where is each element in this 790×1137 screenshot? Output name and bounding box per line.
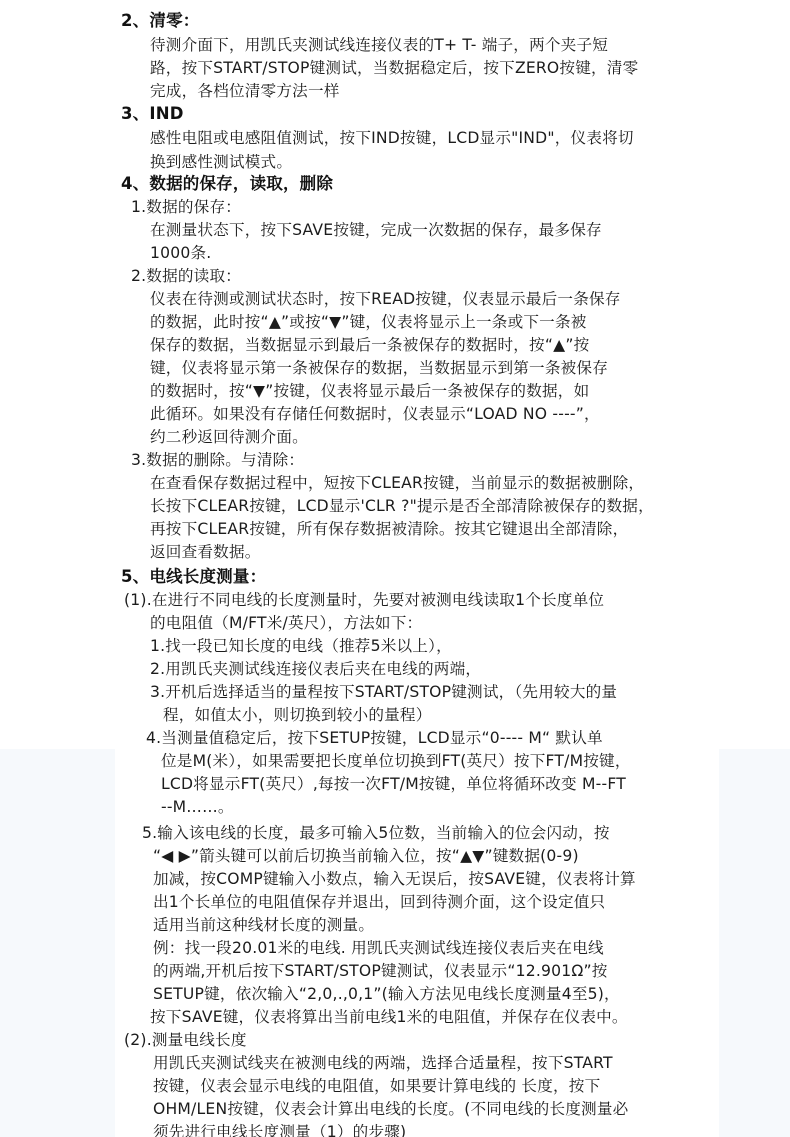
paragraph-line: 保存的数据，当数据显示到最后一条被保存的数据时，按“▲”按 xyxy=(150,334,589,356)
section-heading-data: 4、数据的保存，读取，删除 xyxy=(121,173,333,195)
paragraph-line: 换到感性测试模式。 xyxy=(150,151,292,173)
paragraph-line: OHM/LEN按键，仪表会计算出电线的长度。(不同电线的长度测量必 xyxy=(153,1098,628,1120)
paragraph-line: 返回查看数据。 xyxy=(150,541,261,563)
step-line: 位是M(米），如果需要把长度单位切换到FT(英尺）按下FT/M按键， xyxy=(161,750,631,772)
paragraph-line: 完成，各档位清零方法一样 xyxy=(150,80,340,102)
step-line: --M……。 xyxy=(161,796,234,818)
example-line: 按下SAVE键，仪表将算出当前电线1米的电阻值，并保存在仪表中。 xyxy=(150,1006,628,1028)
section-heading-length: 5、电线长度测量： xyxy=(121,566,266,588)
paragraph-line: 键，仪表将显示第一条被保存的数据，当数据显示到第一条被保存 xyxy=(150,357,608,379)
step-line: 2.用凯氏夹测试线连接仪表后夹在电线的两端， xyxy=(150,658,481,680)
paragraph-line: 感性电阻或电感阻值测试，按下IND按键，LCD显示"IND"，仪表将切 xyxy=(150,127,634,149)
part1-title-line: (1).在进行不同电线的长度测量时，先要对被测电线读取1个长度单位 xyxy=(124,589,604,611)
paragraph-line: 用凯氏夹测试线夹在被测电线的两端，选择合适量程，按下START xyxy=(153,1052,613,1074)
section-heading-zero: 2、清零： xyxy=(121,10,199,32)
paragraph-line: 待测介面下，用凯氏夹测试线连接仪表的T+ T- 端子，两个夹子短 xyxy=(150,34,608,56)
paragraph-line: 路，按下START/STOP键测试，当数据稳定后，按下ZERO按键，清零 xyxy=(150,57,638,79)
paragraph-line: 再按下CLEAR按键，所有保存数据被清除。按其它键退出全部清除， xyxy=(150,518,628,540)
part1-title-line: 的电阻值（M/FT米/英尺），方法如下： xyxy=(150,612,422,634)
step-line: 程，如值太小，则切换到较小的量程） xyxy=(163,704,432,726)
paragraph-line: 约二秒返回待测介面。 xyxy=(150,426,308,448)
step-line: 适用当前这种线材长度的测量。 xyxy=(153,914,374,936)
example-line: 例：找一段20.01米的电线. 用凯氏夹测试线连接仪表后夹在电线 xyxy=(153,937,604,959)
subsection-title-read: 2.数据的读取： xyxy=(131,265,241,287)
part2-title: (2).测量电线长度 xyxy=(124,1029,247,1051)
paragraph-line: 的数据，此时按“▲”或按“▼”键，仪表将显示上一条或下一条被 xyxy=(150,311,587,333)
section-heading-ind: 3、IND xyxy=(121,103,184,125)
paragraph-line: 在查看保存数据过程中，短按下CLEAR按键，当前显示的数据被删除， xyxy=(150,472,644,494)
example-line: 的两端,开机后按下START/STOP键测试，仪表显示“12.901Ω”按 xyxy=(153,960,608,982)
paragraph-line: 仪表在待测或测试状态时，按下READ按键，仪表显示最后一条保存 xyxy=(150,288,621,310)
step-line: “◀ ▶”箭头键可以前后切换当前输入位，按“▲▼”键数据(0-9) xyxy=(153,845,579,867)
paragraph-line: 须先进行电线长度测量（1）的步骤) xyxy=(153,1121,406,1137)
step-line: 4.当测量值稳定后，按下SETUP按键，LCD显示“0---- M“ 默认单 xyxy=(146,727,603,749)
subsection-title-delete: 3.数据的删除。与清除： xyxy=(131,449,304,471)
paragraph-line: 按键，仪表会显示电线的电阻值，如果要计算电线的 长度，按下 xyxy=(153,1075,600,1097)
step-line: 出1个长单位的电阻值保存并退出，回到待测介面，这个设定值只 xyxy=(153,891,605,913)
step-line: 加减，按COMP键输入小数点，输入无误后，按SAVE键，仪表将计算 xyxy=(153,868,636,890)
step-line: 3.开机后选择适当的量程按下START/STOP键测试，（先用较大的量 xyxy=(150,681,617,703)
step-line: 1.找一段已知长度的电线（推荐5米以上）， xyxy=(150,635,452,657)
paragraph-line: 在测量状态下，按下SAVE按键，完成一次数据的保存，最多保存 xyxy=(150,219,602,241)
step-line: LCD将显示FT(英尺）,每按一次FT/M按键，单位将循环改变 M--FT xyxy=(161,773,626,795)
paragraph-line: 长按下CLEAR按键，LCD显示'CLR ?"提示是否全部清除被保存的数据， xyxy=(150,495,654,517)
step-line: 5.输入该电线的长度，最多可输入5位数，当前输入的位会闪动，按 xyxy=(142,822,610,844)
paragraph-line: 此循环。如果没有存储任何数据时，仪表显示“LOAD NO ----”， xyxy=(150,403,600,425)
paragraph-line: 的数据时，按“▼”按键，仪表将显示最后一条被保存的数据，如 xyxy=(150,380,589,402)
subsection-title-save: 1.数据的保存： xyxy=(131,196,241,218)
paragraph-line: 1000条. xyxy=(150,242,211,264)
example-line: SETUP键，依次输入“2,0,.,0,1”(输入方法见电线长度测量4至5)， xyxy=(153,983,620,1005)
